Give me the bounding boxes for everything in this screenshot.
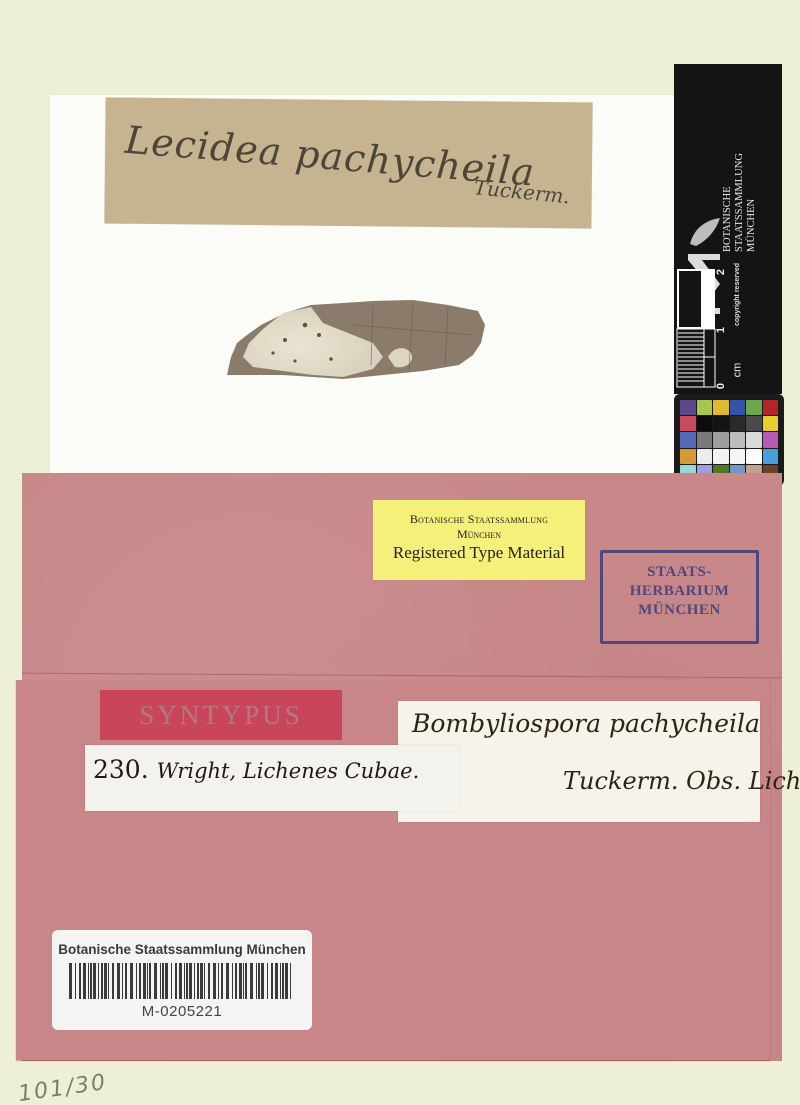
exsiccata-number: 230. [93, 755, 149, 784]
color-swatch [730, 432, 746, 447]
tick-0: 0 [715, 383, 727, 389]
color-swatch [746, 416, 762, 431]
unit-label: cm [731, 363, 743, 378]
exsiccata-series: Wright, Lichenes Cubae. [157, 759, 420, 783]
color-swatch [746, 400, 762, 415]
scale-institution: BOTANISCHE STAATSSAMMLUNG MÜNCHEN [722, 153, 758, 252]
color-swatch [680, 432, 696, 447]
exsiccata-label: 230.Wright, Lichenes Cubae. [85, 745, 459, 811]
pencil-annotation: 101/30 [17, 1070, 109, 1105]
specimen-bark-icon [223, 295, 488, 380]
color-swatch [697, 449, 713, 464]
barcode-label: Botanische Staatssammlung München M-0205… [52, 930, 312, 1030]
color-swatch [713, 400, 729, 415]
original-label-citation: Tuckerm. Obs. Lich. [563, 767, 800, 795]
color-swatch [680, 449, 696, 464]
color-swatch-grid [680, 400, 778, 480]
stamp-line-2: HERBARIUM [603, 582, 756, 601]
color-swatch [730, 416, 746, 431]
color-swatch [763, 449, 779, 464]
color-swatch [680, 400, 696, 415]
color-swatch [697, 400, 713, 415]
color-swatch [730, 400, 746, 415]
color-swatch [680, 416, 696, 431]
color-swatch [746, 432, 762, 447]
color-swatch [763, 416, 779, 431]
color-swatch [713, 449, 729, 464]
barcode-icon [67, 963, 297, 999]
color-swatch [730, 449, 746, 464]
herbarium-stamp: STAATS- HERBARIUM MÜNCHEN [600, 550, 759, 644]
taxon-author: Tuckerm. [473, 175, 571, 208]
catalog-number: M-0205221 [52, 1003, 312, 1020]
tick-1: 1 [715, 327, 727, 333]
color-swatch [763, 432, 779, 447]
determination-label: Lecidea pachycheila Tuckerm. [104, 97, 592, 228]
scale-bar: BOTANISCHE STAATSSAMMLUNG MÜNCHEN [674, 64, 782, 394]
scale-inst-line-2: STAATSSAMMLUNG [734, 153, 746, 252]
color-swatch [697, 432, 713, 447]
registered-type-label: Botanische Staatssammlung München Regist… [373, 500, 585, 580]
copyright-text: copyright reserved [734, 263, 741, 326]
type-label-line-1: Botanische Staatssammlung [373, 512, 585, 527]
type-label-line-2: München [373, 527, 585, 542]
stamp-line-3: MÜNCHEN [603, 601, 756, 620]
scale-inst-line-3: MÜNCHEN [746, 153, 758, 252]
exsiccata-text: 230.Wright, Lichenes Cubae. [93, 755, 419, 784]
scale-ruler [676, 269, 716, 389]
stamp-line-1: STAATS- [603, 563, 756, 582]
original-label-taxon: Bombyliospora pachycheila [412, 709, 760, 738]
lichen-specimen [223, 295, 488, 380]
barcode-institution: Botanische Staatssammlung München [52, 942, 312, 957]
color-swatch [746, 449, 762, 464]
tick-2: 2 [715, 269, 727, 275]
syntypus-label: SYNTYPUS [100, 690, 342, 740]
type-label-line-3: Registered Type Material [373, 543, 585, 563]
color-swatch [713, 416, 729, 431]
color-swatch [697, 416, 713, 431]
color-swatch [763, 400, 779, 415]
color-swatch [713, 432, 729, 447]
